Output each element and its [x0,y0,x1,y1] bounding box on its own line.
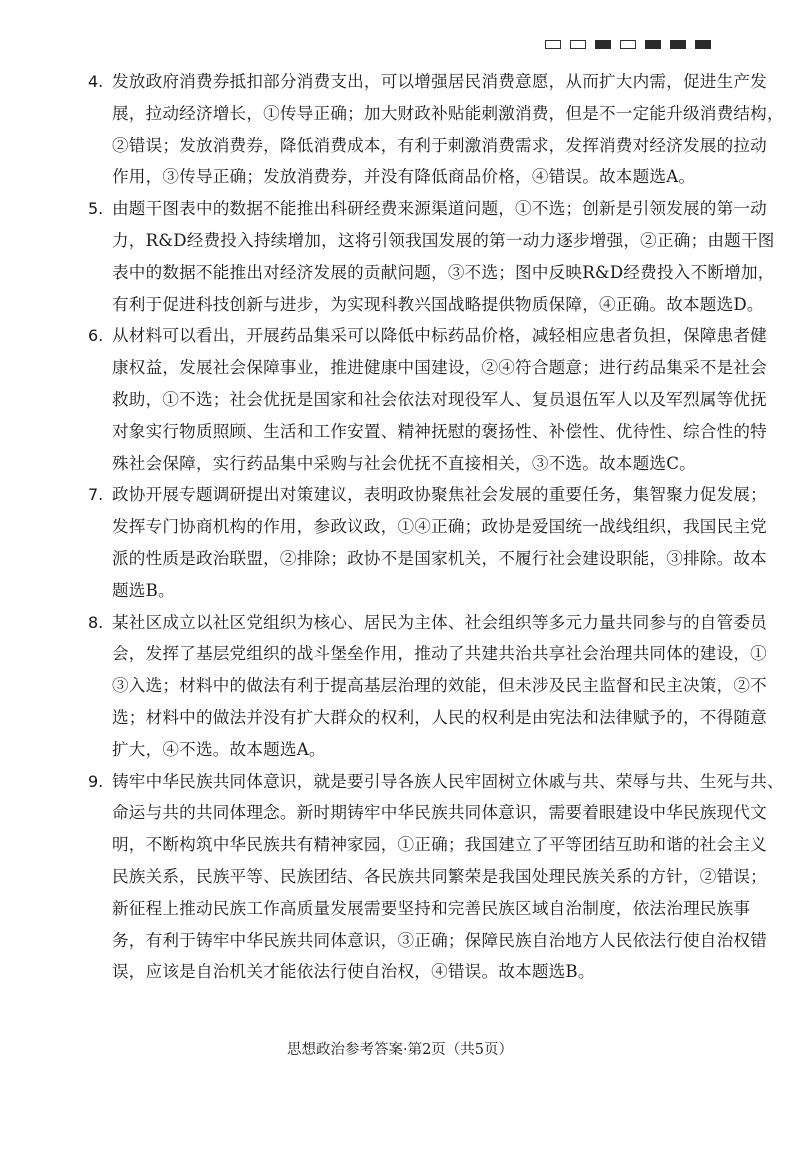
answer-item-4: 4. 发放政府消费券抵扣部分消费支出，可以增强居民消费意愿，从而扩大内需，促进生… [88,66,720,193]
answer-line: 作用，③传导正确；发放消费券，并没有降低商品价格，④错误。故本题选A。 [112,161,720,193]
page-footer: 思想政治参考答案·第2页（共5页） [0,1038,800,1059]
answer-line: 发放政府消费券抵扣部分消费支出，可以增强居民消费意愿，从而扩大内需，促进生产发 [112,66,720,98]
answer-item-6: 6. 从材料可以看出，开展药品集采可以降低中标药品价格，减轻相应患者负担，保障患… [88,320,720,479]
answer-line: 命运与共的共同体理念。新时期铸牢中华民族共同体意识，需要着眼建设中华民族现代文 [112,797,720,829]
answer-line: 务，有利于铸牢中华民族共同体意识，③正确；保障民族自治地方人民依法行使自治权错 [112,925,720,957]
answer-line: 有利于促进科技创新与进步，为实现科教兴国战略提供物质保障，④正确。故本题选D。 [112,289,720,321]
answer-line: 表中的数据不能推出对经济发展的贡献问题，③不选；图中反映R&D经费投入不断增加， [112,257,720,289]
item-number: 4. [88,66,103,98]
page-mark-empty [545,40,561,49]
answer-item-9: 9. 铸牢中华民族共同体意识，就是要引导各族人民牢固树立休戚与共、荣辱与共、生死… [88,766,720,989]
item-number: 5. [88,193,103,225]
answer-line: ②错误；发放消费券，降低消费成本，有利于刺激消费需求，发挥消费对经济发展的拉动 [112,130,720,162]
item-number: 6. [88,320,103,352]
answer-list: 4. 发放政府消费券抵扣部分消费支出，可以增强居民消费意愿，从而扩大内需，促进生… [88,66,720,988]
answer-line: 题选B。 [112,575,720,607]
answer-line: 展，拉动经济增长，①传导正确；加大财政补贴能刺激消费，但是不一定能升级消费结构， [112,98,720,130]
answer-line: 铸牢中华民族共同体意识，就是要引导各族人民牢固树立休戚与共、荣辱与共、生死与共、 [112,766,720,798]
answer-line: 民族关系，民族平等、民族团结、各民族共同繁荣是我国处理民族关系的方针，②错误； [112,861,720,893]
page-mark-empty [620,40,636,49]
page-mark-filled [645,40,661,49]
answer-line: 扩大，④不选。故本题选A。 [112,734,720,766]
answer-line: 新征程上推动民族工作高质量发展需要坚持和完善民族区域自治制度，依法治理民族事 [112,893,720,925]
item-number: 9. [88,766,103,798]
answer-item-5: 5. 由题干图表中的数据不能推出科研经费来源渠道问题，①不选；创新是引领发展的第… [88,193,720,320]
answer-line: 由题干图表中的数据不能推出科研经费来源渠道问题，①不选；创新是引领发展的第一动 [112,193,720,225]
answer-line: 会，发挥了基层党组织的战斗堡垒作用，推动了共建共治共享社会治理共同体的建设，① [112,638,720,670]
item-number: 8. [88,607,103,639]
answer-line: 康权益，发展社会保障事业，推进健康中国建设，②④符合题意；进行药品集采不是社会 [112,352,720,384]
answer-line: 选；材料中的做法并没有扩大群众的权利，人民的权利是由宪法和法律赋予的，不得随意 [112,702,720,734]
answer-line: 派的性质是政治联盟，②排除；政协不是国家机关，不履行社会建设职能，③排除。故本 [112,543,720,575]
page-mark-filled [695,40,711,49]
answer-line: 误，应该是自治机关才能依法行使自治权，④错误。故本题选B。 [112,956,720,988]
answer-line: 对象实行物质照顾、生活和工作安置、精神抚慰的褒扬性、补偿性、优待性、综合性的特 [112,416,720,448]
answer-line: 力，R&D经费投入持续增加，这将引领我国发展的第一动力逐步增强，②正确；由题干图 [112,225,720,257]
answer-item-7: 7. 政协开展专题调研提出对策建议，表明政协聚焦社会发展的重要任务，集智聚力促发… [88,479,720,606]
item-number: 7. [88,479,103,511]
page-marker-strip [545,40,711,49]
answer-line: ③入选；材料中的做法有利于提高基层治理的效能，但未涉及民主监督和民主决策，②不 [112,670,720,702]
answer-line: 某社区成立以社区党组织为核心、居民为主体、社会组织等多元力量共同参与的自管委员 [112,607,720,639]
answer-item-8: 8. 某社区成立以社区党组织为核心、居民为主体、社会组织等多元力量共同参与的自管… [88,607,720,766]
answer-line: 明，不断构筑中华民族共有精神家园，①正确；我国建立了平等团结互助和谐的社会主义 [112,829,720,861]
page-mark-filled [595,40,611,49]
answer-line: 政协开展专题调研提出对策建议，表明政协聚焦社会发展的重要任务，集智聚力促发展； [112,479,720,511]
answer-line: 救助，①不选；社会优抚是国家和社会依法对现役军人、复员退伍军人以及军烈属等优抚 [112,384,720,416]
page-mark-empty [570,40,586,49]
answer-line: 从材料可以看出，开展药品集采可以降低中标药品价格，减轻相应患者负担，保障患者健 [112,320,720,352]
answer-line: 发挥专门协商机构的作用，参政议政，①④正确；政协是爱国统一战线组织，我国民主党 [112,511,720,543]
page-mark-filled [670,40,686,49]
answer-line: 殊社会保障，实行药品集中采购与社会优抚不直接相关，③不选。故本题选C。 [112,448,720,480]
